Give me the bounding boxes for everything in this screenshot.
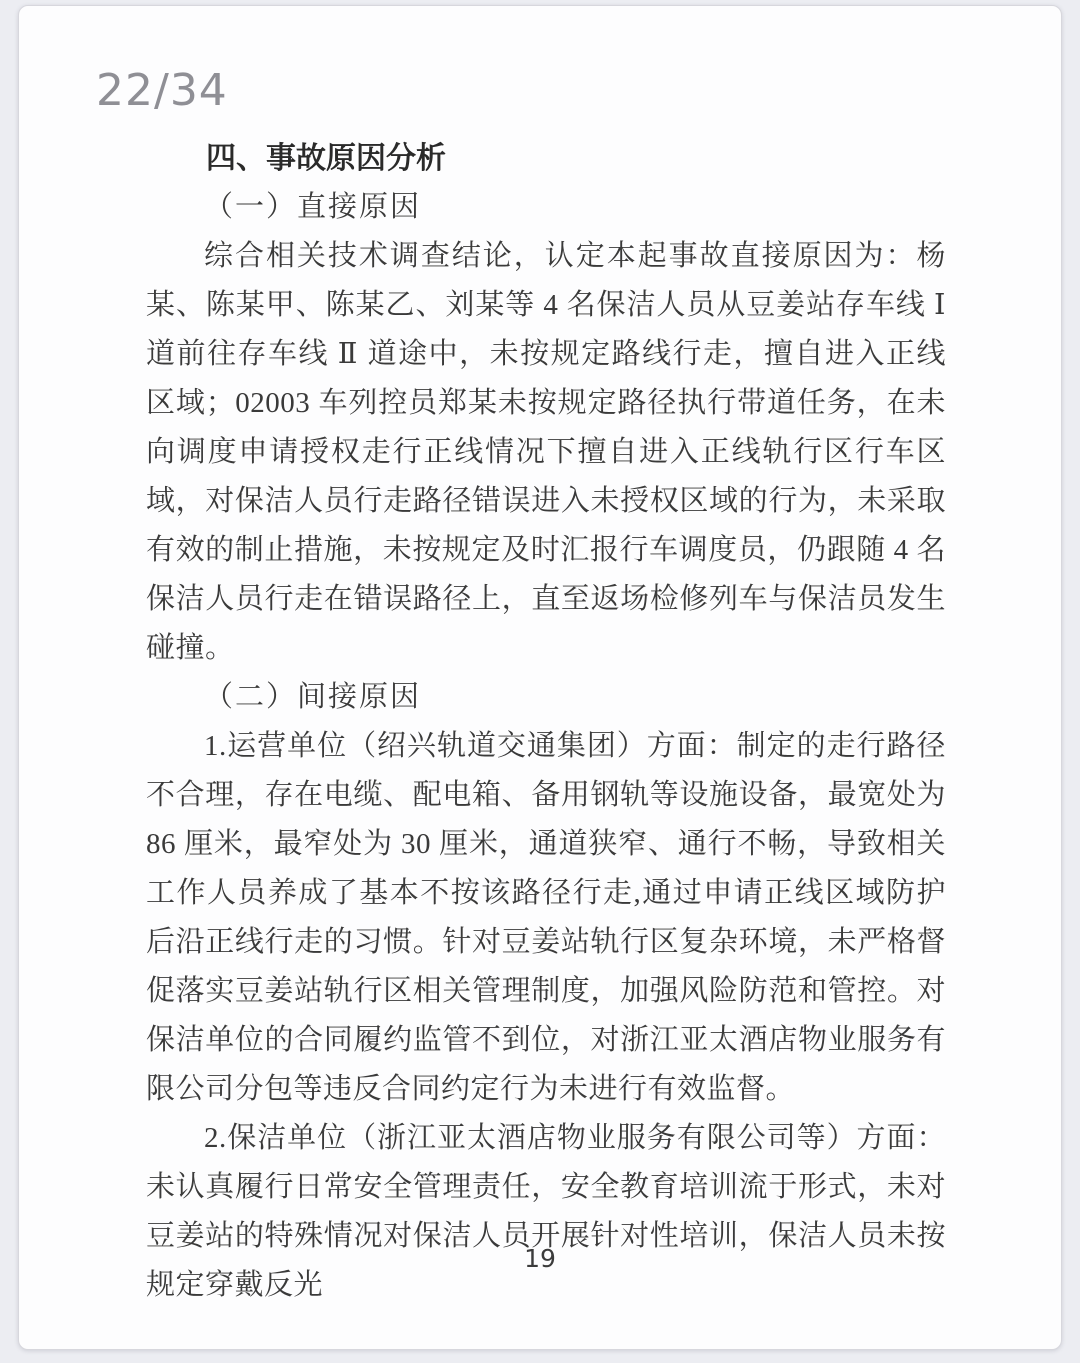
paragraph-direct-cause: 综合相关技术调查结论，认定本起事故直接原因为：杨某、陈某甲、陈某乙、刘某等 4 … — [146, 232, 946, 673]
page-number: 19 — [19, 1244, 1061, 1273]
subsection-heading-indirect-cause: （二）间接原因 — [146, 673, 946, 722]
paragraph-indirect-cause-cleaning-company: 2.保洁单位（浙江亚太酒店物业服务有限公司等）方面：未认真履行日常安全管理责任，… — [146, 1114, 946, 1310]
paragraph-indirect-cause-operator: 1.运营单位（绍兴轨道交通集团）方面：制定的走行路径不合理，存在电缆、配电箱、备… — [146, 722, 946, 1114]
document-page: 22/34 四、事故原因分析 （一）直接原因 综合相关技术调查结论，认定本起事故… — [18, 5, 1062, 1350]
viewer-background: 22/34 四、事故原因分析 （一）直接原因 综合相关技术调查结论，认定本起事故… — [0, 0, 1080, 1363]
section-title: 四、事故原因分析 — [146, 134, 946, 183]
document-content: 四、事故原因分析 （一）直接原因 综合相关技术调查结论，认定本起事故直接原因为：… — [146, 134, 946, 1310]
page-progress-indicator: 22/34 — [96, 66, 228, 116]
subsection-heading-direct-cause: （一）直接原因 — [146, 183, 946, 232]
